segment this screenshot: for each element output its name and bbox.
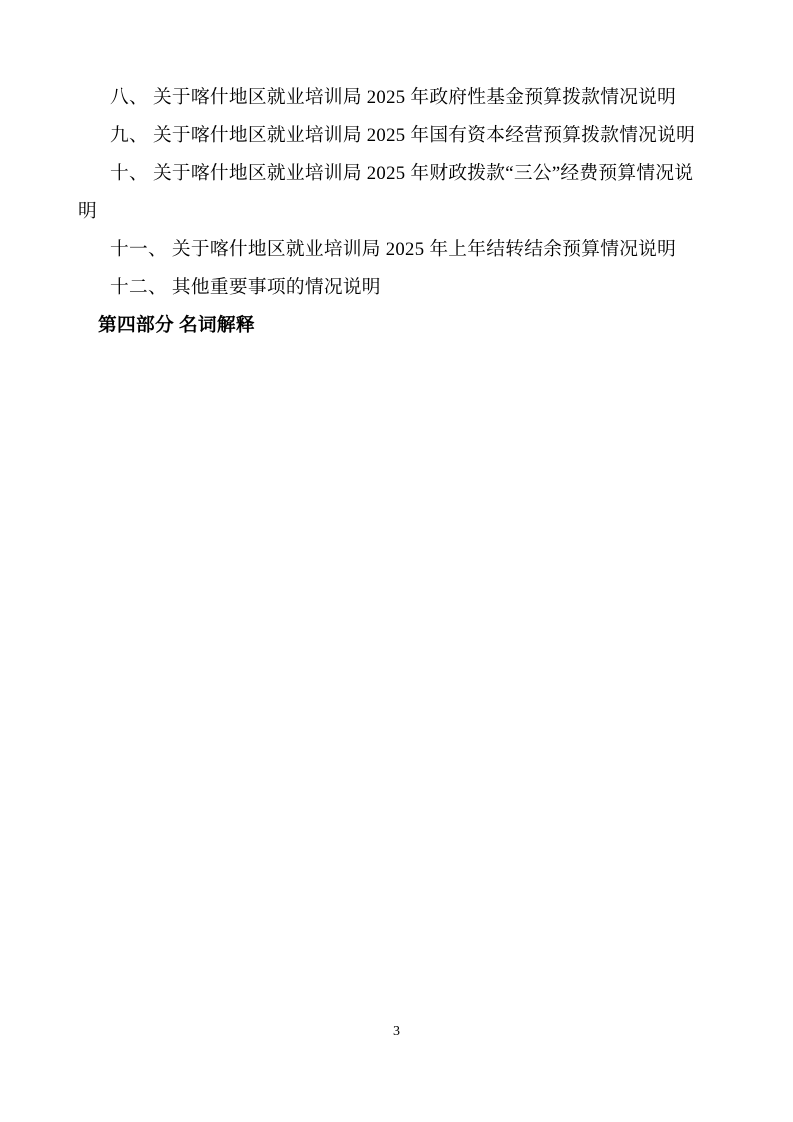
toc-item-9: 九、 关于喀什地区就业培训局 2025 年国有资本经营预算拨款情况说明 [78, 117, 723, 155]
page-number: 3 [0, 1022, 793, 1042]
toc-item-10: 十、 关于喀什地区就业培训局 2025 年财政拨款“三公”经费预算情况说 [78, 155, 723, 193]
section-heading-part4: 第四部分 名词解释 [78, 307, 723, 345]
document-page: 八、 关于喀什地区就业培训局 2025 年政府性基金预算拨款情况说明 九、 关于… [0, 0, 793, 1122]
document-body: 八、 关于喀什地区就业培训局 2025 年政府性基金预算拨款情况说明 九、 关于… [78, 79, 723, 345]
toc-item-8: 八、 关于喀什地区就业培训局 2025 年政府性基金预算拨款情况说明 [78, 79, 723, 117]
toc-item-12: 十二、 其他重要事项的情况说明 [78, 269, 723, 307]
toc-item-11: 十一、 关于喀什地区就业培训局 2025 年上年结转结余预算情况说明 [78, 231, 723, 269]
toc-item-10-wrapped-line: 明 [78, 193, 723, 231]
